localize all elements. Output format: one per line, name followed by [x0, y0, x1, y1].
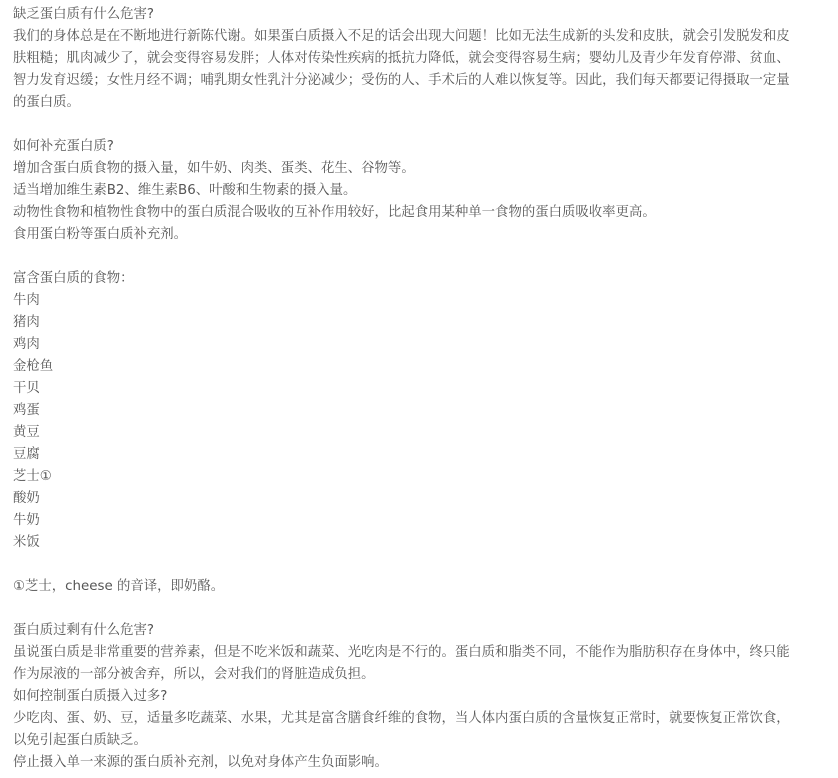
food-item: 牛奶 [13, 510, 835, 532]
foods-section: 富含蛋白质的食物： 牛肉 猪肉 鸡肉 金枪鱼 干贝 鸡蛋 黄豆 豆腐 芝士① 酸… [13, 268, 835, 598]
food-item: 黄豆 [13, 422, 835, 444]
excess-section: 蛋白质过剩有什么危害? 虽说蛋白质是非常重要的营养素，但是不吃米饭和蔬菜、光吃肉… [13, 620, 835, 686]
paragraph-line: 动物性食物和植物性食物中的蛋白质混合吸收的互补作用较好，比起食用某种单一食物的蛋… [13, 202, 835, 224]
paragraph-line: 停止摄入单一来源的蛋白质补充剂，以免对身体产生负面影响。 [13, 752, 835, 774]
food-item: 干贝 [13, 378, 835, 400]
paragraph-line: 的蛋白质。 [13, 92, 835, 114]
footnote: ①芝士，cheese 的音译，即奶酪。 [13, 576, 835, 598]
spacer [13, 246, 835, 268]
food-item: 牛肉 [13, 290, 835, 312]
spacer [13, 554, 835, 576]
paragraph-line: 少吃肉、蛋、奶、豆，适量多吃蔬菜、水果，尤其是富含膳食纤维的食物，当人体内蛋白质… [13, 708, 835, 730]
food-item: 芝士① [13, 466, 835, 488]
paragraph-line: 增加含蛋白质食物的摄入量，如牛奶、肉类、蛋类、花生、谷物等。 [13, 158, 835, 180]
paragraph-line: 以免引起蛋白质缺乏。 [13, 730, 835, 752]
spacer [13, 598, 835, 620]
control-section: 如何控制蛋白质摄入过多? 少吃肉、蛋、奶、豆，适量多吃蔬菜、水果，尤其是富含膳食… [13, 686, 835, 774]
food-item: 鸡肉 [13, 334, 835, 356]
supplement-section: 如何补充蛋白质? 增加含蛋白质食物的摄入量，如牛奶、肉类、蛋类、花生、谷物等。 … [13, 136, 835, 246]
food-item: 酸奶 [13, 488, 835, 510]
section-heading: 如何控制蛋白质摄入过多? [13, 686, 835, 708]
food-item: 鸡蛋 [13, 400, 835, 422]
paragraph-line: 虽说蛋白质是非常重要的营养素，但是不吃米饭和蔬菜、光吃肉是不行的。蛋白质和脂类不… [13, 642, 835, 664]
section-heading: 如何补充蛋白质? [13, 136, 835, 158]
food-item: 金枪鱼 [13, 356, 835, 378]
paragraph-line: 我们的身体总是在不断地进行新陈代谢。如果蛋白质摄入不足的话会出现大问题！比如无法… [13, 26, 835, 48]
spacer [13, 114, 835, 136]
paragraph-line: 智力发育迟缓；女性月经不调；哺乳期女性乳汁分泌减少；受伤的人、手术后的人难以恢复… [13, 70, 835, 92]
paragraph-line: 肤粗糙；肌肉减少了，就会变得容易发胖；人体对传染性疾病的抵抗力降低，就会变得容易… [13, 48, 835, 70]
section-heading: 富含蛋白质的食物： [13, 268, 835, 290]
paragraph-line: 适当增加维生素B2、维生素B6、叶酸和生物素的摄入量。 [13, 180, 835, 202]
food-item: 豆腐 [13, 444, 835, 466]
food-item: 米饭 [13, 532, 835, 554]
section-heading: 蛋白质过剩有什么危害? [13, 620, 835, 642]
paragraph-line: 作为尿液的一部分被舍弃，所以，会对我们的肾脏造成负担。 [13, 664, 835, 686]
article-body: 缺乏蛋白质有什么危害? 我们的身体总是在不断地进行新陈代谢。如果蛋白质摄入不足的… [13, 4, 835, 774]
paragraph-line: 食用蛋白粉等蛋白质补充剂。 [13, 224, 835, 246]
section-heading: 缺乏蛋白质有什么危害? [13, 4, 835, 26]
deficiency-section: 缺乏蛋白质有什么危害? 我们的身体总是在不断地进行新陈代谢。如果蛋白质摄入不足的… [13, 4, 835, 114]
food-item: 猪肉 [13, 312, 835, 334]
